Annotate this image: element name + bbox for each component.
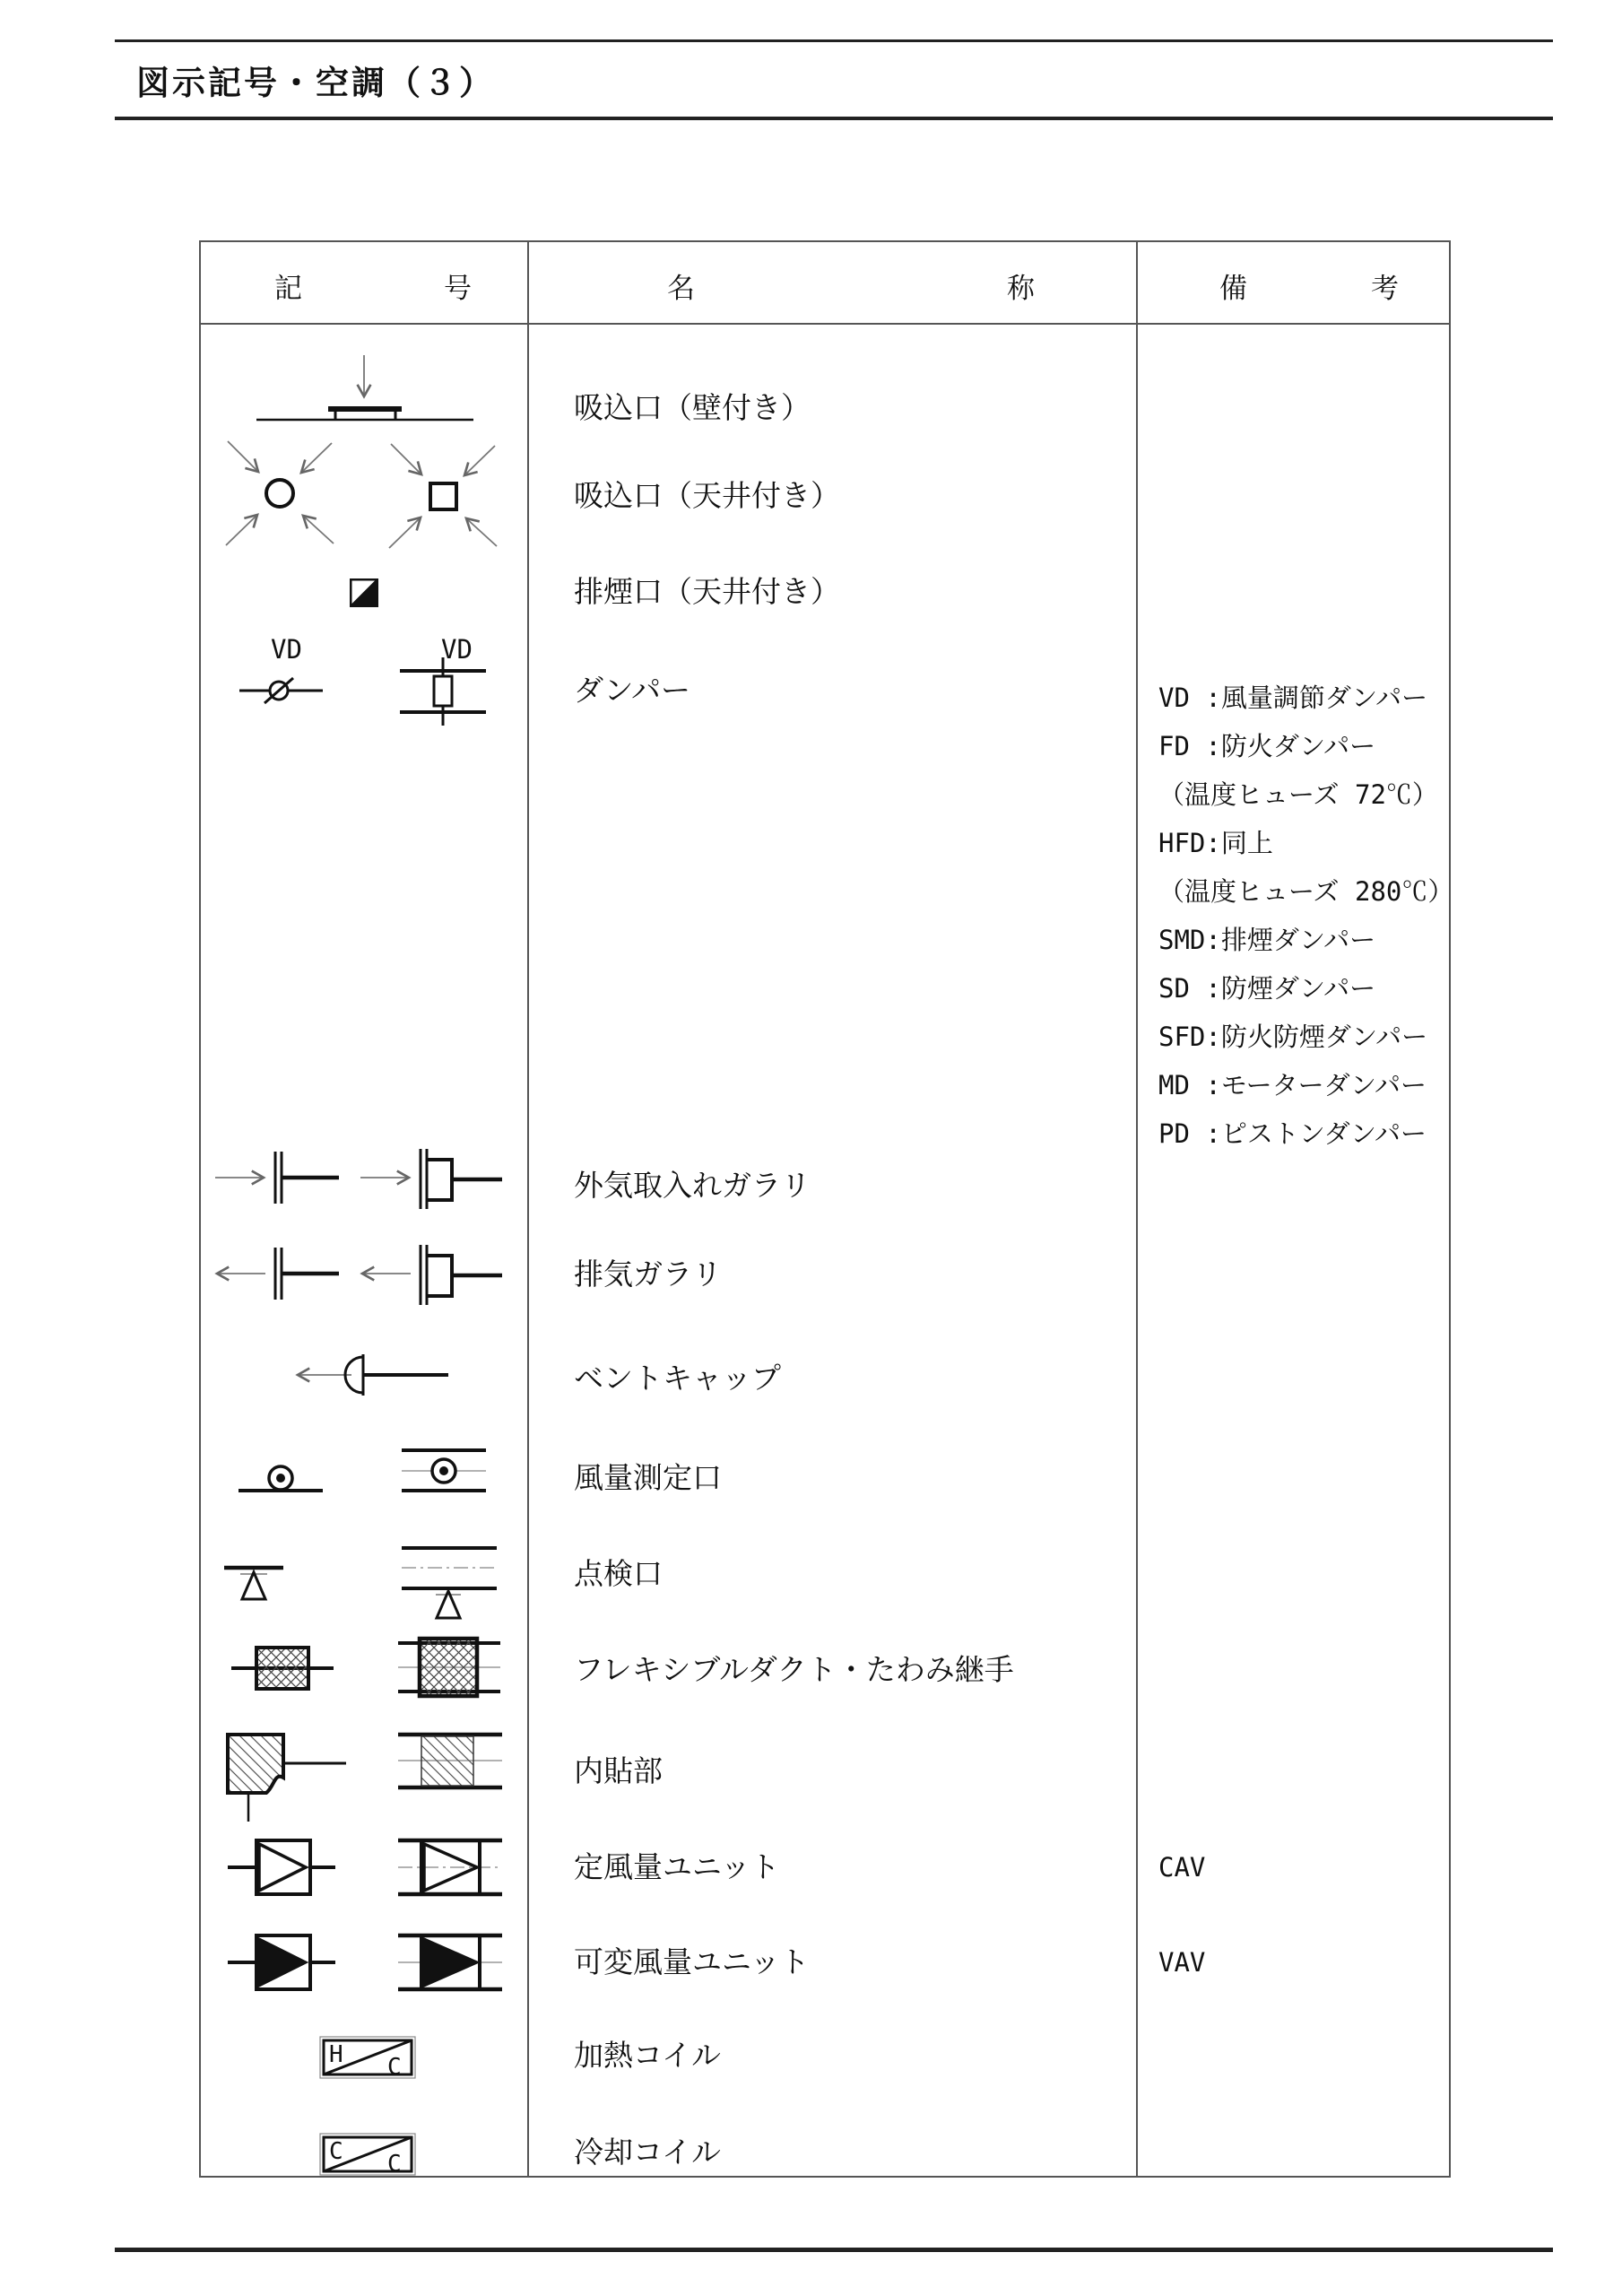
symbol-flow-port-single [239,1466,323,1491]
symbol-cav-duct [398,1840,502,1894]
symbol-heating-coil [320,2037,415,2078]
symbol-exhaust-louver [217,1245,502,1305]
symbol-damper-duct [400,657,486,726]
symbol-flex-duct-single [231,1648,334,1689]
symbol-lining-duct [398,1735,502,1787]
symbol-lining-single [228,1735,346,1822]
symbols-layer [0,0,1622,2296]
symbol-vent-cap [298,1354,448,1396]
symbol-inspection-duct [402,1548,497,1618]
symbol-flow-port-duct [402,1450,486,1491]
symbol-vav-duct [398,1935,502,1989]
document-page: 図示記号・空調（３） 記 号 名 称 備 考 吸込口（壁付き） 吸込口（天井付き… [0,0,1622,2296]
symbol-flex-duct-duct [398,1639,500,1696]
symbol-smoke-outlet [350,578,378,607]
symbol-vav-single [228,1935,335,1989]
symbol-cav-single [228,1840,335,1894]
symbol-suction-wall [256,355,473,420]
symbol-damper-single-line [239,678,323,703]
symbol-suction-ceiling [226,441,497,548]
symbol-cooling-coil [320,2134,415,2175]
symbol-intake-louver [215,1149,502,1209]
symbol-inspection-single [224,1568,283,1599]
